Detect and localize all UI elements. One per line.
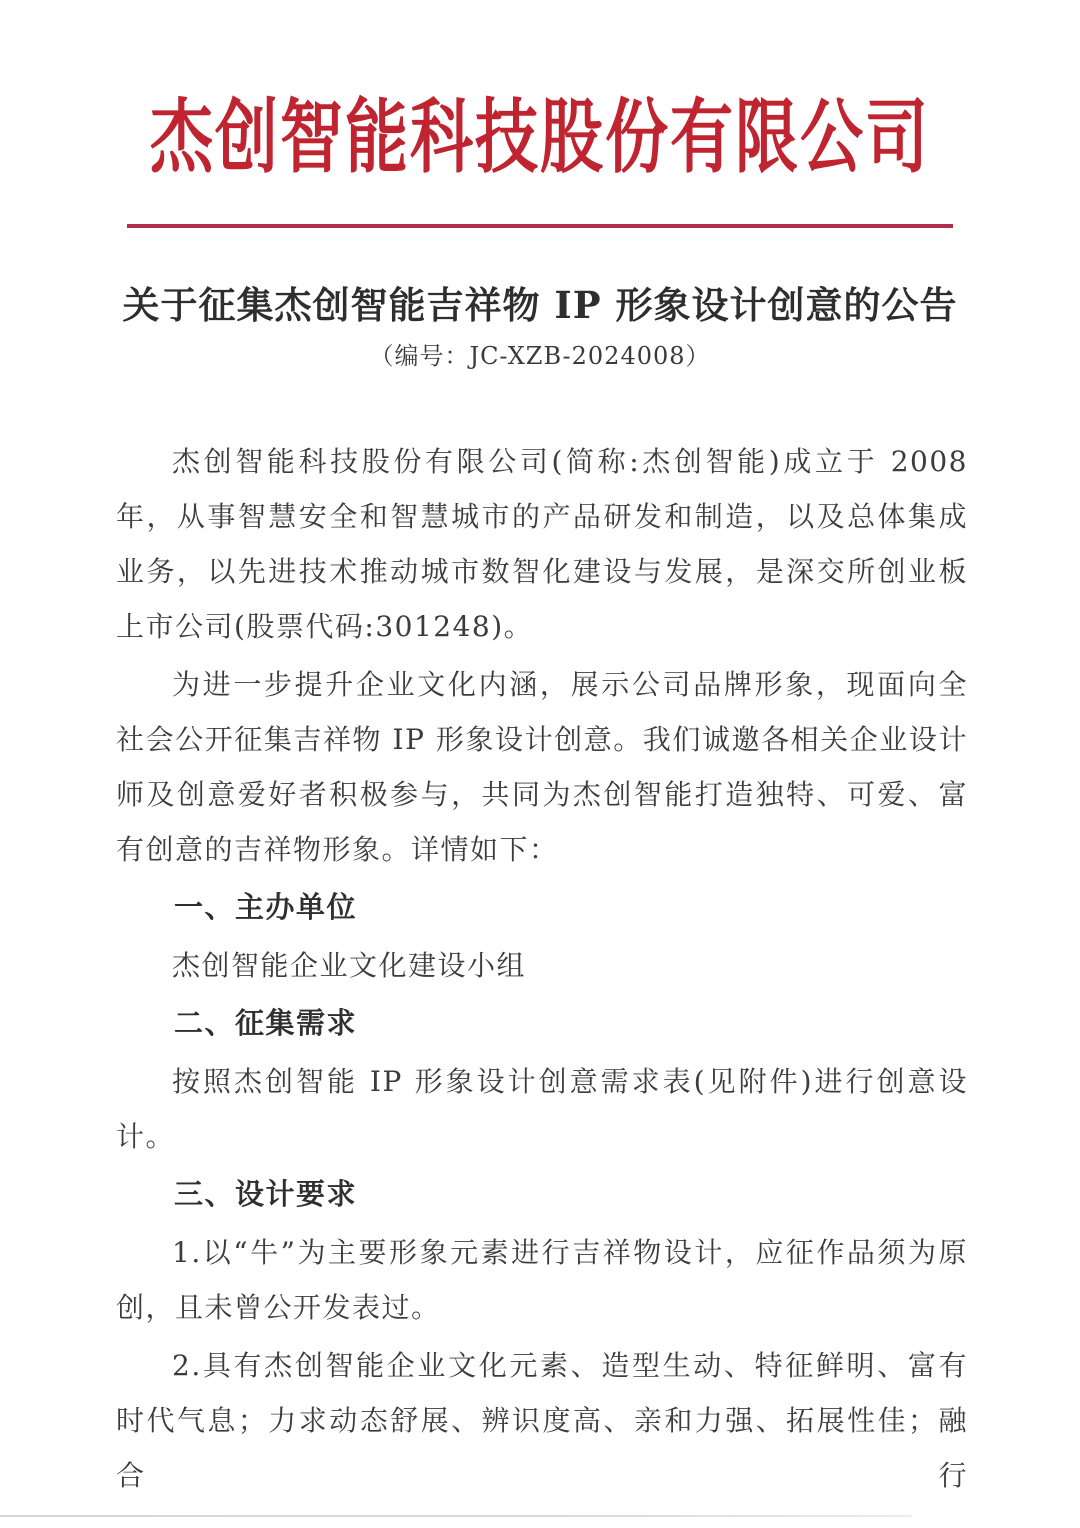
header-divider-rule [127, 224, 953, 228]
page-bottom-edge-line [0, 1515, 912, 1517]
section-heading-solicitation-requirements: 二、征集需求 [116, 996, 968, 1051]
paragraph-host-unit: 杰创智能企业文化建设小组 [116, 938, 968, 993]
paragraph-solicitation-intro: 为进一步提升企业文化内涵，展示公司品牌形象，现面向全社会公开征集吉祥物 IP 形… [116, 657, 968, 877]
paragraph-solicitation-requirements: 按照杰创智能 IP 形象设计创意需求表(见附件)进行创意设计。 [116, 1054, 968, 1164]
paragraph-company-intro: 杰创智能科技股份有限公司(简称:杰创智能)成立于 2008 年，从事智慧安全和智… [116, 434, 968, 654]
document-body: 杰创智能科技股份有限公司(简称:杰创智能)成立于 2008 年，从事智慧安全和智… [0, 434, 1080, 1503]
section-heading-design-requirements: 三、设计要求 [116, 1167, 968, 1222]
announcement-document-page: 杰创智能科技股份有限公司 关于征集杰创智能吉祥物 IP 形象设计创意的公告 （编… [0, 0, 1080, 1528]
company-name-header: 杰创智能科技股份有限公司 [0, 85, 1080, 190]
paragraph-design-requirement-1: 1.以“牛”为主要形象元素进行吉祥物设计，应征作品须为原创，且未曾公开发表过。 [116, 1225, 968, 1335]
section-heading-host-unit: 一、主办单位 [116, 880, 968, 935]
document-title: 关于征集杰创智能吉祥物 IP 形象设计创意的公告 [0, 282, 1080, 328]
document-number: （编号：JC-XZB-2024008） [0, 340, 1080, 372]
paragraph-design-requirement-2: 2.具有杰创智能企业文化元素、造型生动、特征鲜明、富有时代气息；力求动态舒展、辨… [116, 1338, 968, 1503]
